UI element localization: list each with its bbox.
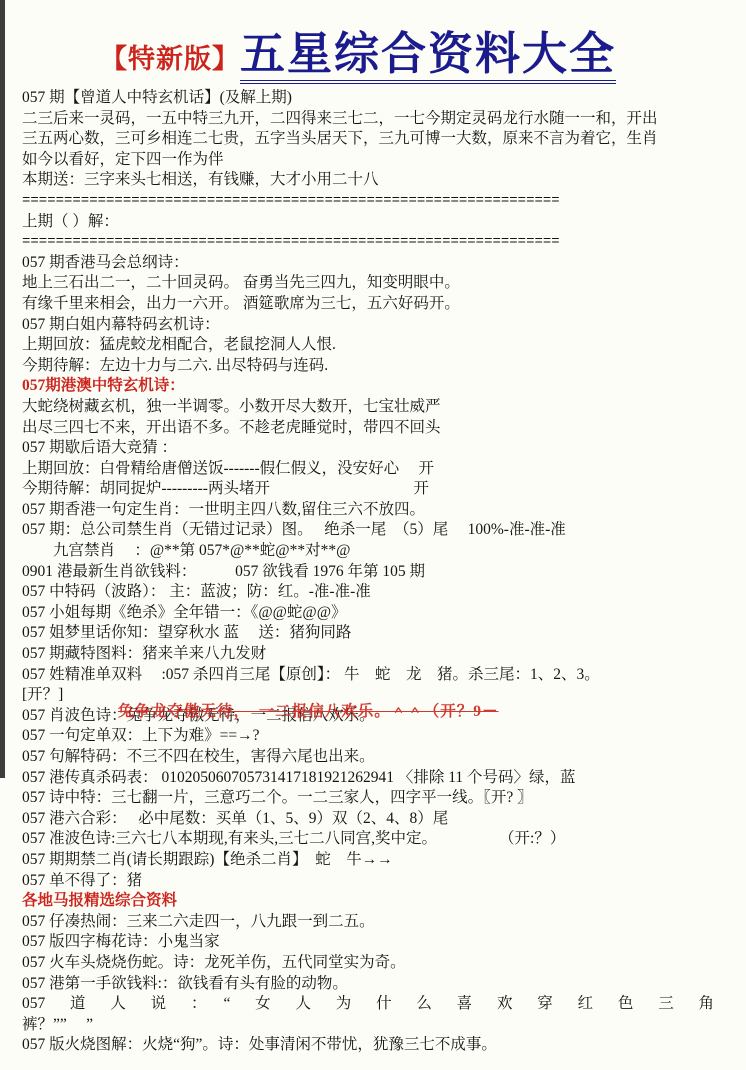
text-line: 057 仔凑热闹：三来二六走四一，八九跟一到二五。: [22, 912, 736, 933]
red-overprint-text: 兔争龙夺傲无待， 一二报信八欢乐。＾＾（开？9－: [118, 702, 499, 723]
content-lines: 057 期【曾道人中特玄机话】(及解上期)二三后来一灵码，一五中特三九开，二四得…: [0, 88, 746, 1056]
text-line: 057 准波色诗:三六七八本期现,有来头,三七二八同宫,奖中定。 （开:？）: [22, 829, 736, 850]
text-line: 057 姓精准单双料 :057 杀四肖三尾【原创】： 牛 蛇 龙 猪。杀三尾：1…: [22, 665, 736, 686]
text-line: 上期回放：猛虎蛟龙相配合，老鼠挖洞人人恨.: [22, 335, 736, 356]
text-line: 上期（ ）解：: [22, 212, 736, 233]
text-line: 各地马报精选综合资料: [22, 891, 736, 912]
text-line: 如今以看好，定下四一作为伴: [22, 150, 736, 171]
text-line: 地上三石出二一，二十回灵码。 奋勇当先三四九，知变明眼中。: [22, 273, 736, 294]
text-line: 大蛇绕树藏玄机，独一半调零。小数开尽大数开，七宝壮威严: [22, 397, 736, 418]
text-line: 057 版四字梅花诗：小鬼当家: [22, 932, 736, 953]
text-line: 057 港六合彩： 必中尾数：买单（1、5、9）双（2、4、8）尾: [22, 809, 736, 830]
text-line: 出尽三四七不来，开出语不多。不趁老虎睡觉时，带四不回头: [22, 418, 736, 439]
text-line: 057 诗中特：三七翻一片，三意巧二个。一二三家人，四字平一线。〖开? 〗: [22, 788, 736, 809]
text-line: 本期送：三字来头七相送，有钱赚，大才小用二十八: [22, 170, 736, 191]
text-line: 057 港第一手欲钱料:：欲钱看有头有脸的动物。: [22, 974, 736, 995]
text-line: 057 句解特码：不三不四在校生，害得六尾也出来。: [22, 747, 736, 768]
text-line: 057 小姐每期《绝杀》全年错一：《@@蛇@@》: [22, 603, 736, 624]
text-line: 二三后来一灵码，一五中特三九开，二四得来三七二，一七今期定灵码龙行水随一一和，开…: [22, 109, 736, 130]
text-line: 057 一句定单双：上下为难》==→?: [22, 726, 736, 747]
text-line: 057 火车头烧烧伤蛇。诗：龙死羊伤，五代同堂实为奇。: [22, 953, 736, 974]
edition-badge: 【特新版】: [100, 37, 240, 76]
text-line: 057 姐梦里话你知：望穿秋水 蓝 送：猪狗同路: [22, 623, 736, 644]
text-line: 057 期【曾道人中特玄机话】(及解上期): [22, 88, 736, 109]
text-line: 057 期白姐内幕特码玄机诗：: [22, 315, 736, 336]
text-line: 057 单不得了：猪: [22, 871, 736, 892]
text-line: 057 道 人 说 ： “ 女 人 为 什 么 喜 欢 穿 红 色 三 角: [22, 994, 714, 1015]
text-line: 057 期期禁二肖(请长期跟踪)【绝杀二肖】 蛇 牛→→: [22, 850, 736, 871]
page-header: 【特新版】 五星综合资料大全: [0, 0, 746, 88]
text-line: 057 肖波色诗：兔争龙夺傲无待，一二报信八欢乐。兔争龙夺傲无待， 一二报信八欢…: [22, 706, 736, 727]
text-line: 裤？”” ”: [22, 1015, 736, 1036]
text-line: 057 期歇后语大竞猜 ：: [22, 438, 736, 459]
text-line: 有缘千里来相会，出力一六开。 酒筵歌席为三七，五六好码开。: [22, 294, 736, 315]
left-border-strip: [0, 0, 5, 778]
text-line: 057 港传真杀码表： 0102050607057314171819212629…: [22, 768, 736, 789]
text-line: 057 期香港一句定生肖：一世明主四八数,留住三六不放四。: [22, 500, 736, 521]
text-line: ========================================…: [22, 191, 590, 212]
text-line: 057 期藏特图料：猪来羊来八九发财: [22, 644, 736, 665]
text-line: 今期待解：左边十力与二六. 出尽特码与连码.: [22, 356, 736, 377]
text-line: 三五两心数，三可乡相连二七贵，五字当头居天下，三九可博一大数，原来不言为着它，生…: [22, 129, 736, 150]
text-line: 057期港澳中特玄机诗：: [22, 376, 736, 397]
text-line: ========================================…: [22, 232, 590, 253]
page-title: 五星综合资料大全: [240, 31, 616, 84]
text-line: 057 期：总公司禁生肖（无错过记录）图。 绝杀一尾 （5）尾 100%-准-准…: [22, 520, 736, 541]
text-line: 九宫禁肖 ：@**第 057*@**蛇@**对**@: [22, 541, 736, 562]
text-line: 上期回放：白骨精给唐僧送饭-------假仁假义，没安好心 开: [22, 459, 736, 480]
text-line: 057 中特码（波路）： 主：蓝波；防：红。-准-准-准: [22, 582, 736, 603]
text-line: 0901 港最新生肖欲钱料： 057 欲钱看 1976 年第 105 期: [22, 562, 736, 583]
text-line: 057 版火烧图解：火烧“狗”。诗：处事清闲不带忧，犹豫三七不成事。: [22, 1035, 736, 1056]
text-line: 今期待解：胡同捉炉---------两头堵开 开: [22, 479, 736, 500]
text-line: 057 期香港马会总纲诗：: [22, 253, 736, 274]
